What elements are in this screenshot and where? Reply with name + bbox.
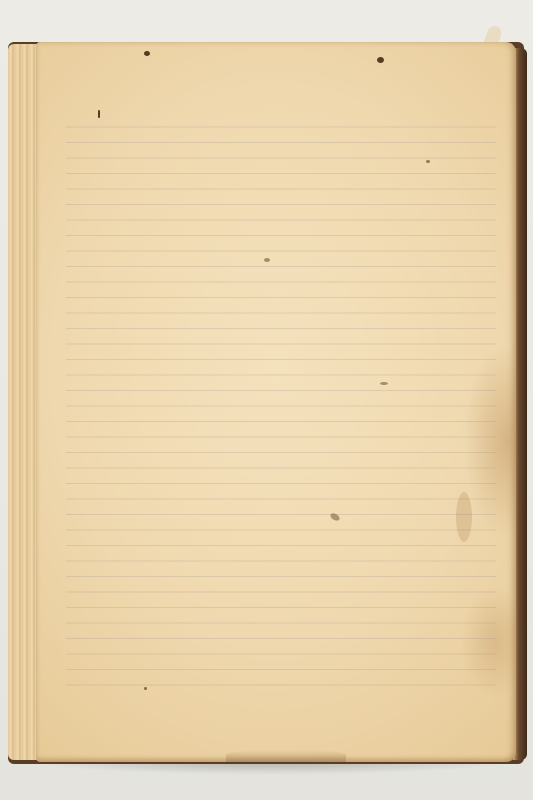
ink-spot	[426, 160, 430, 163]
ink-spot	[144, 687, 147, 690]
water-stain-bottom	[226, 750, 346, 762]
ink-spot	[264, 258, 270, 262]
notebook-page	[36, 42, 516, 762]
ink-spot	[380, 382, 388, 385]
ink-spot	[377, 57, 384, 63]
ink-spot	[98, 110, 100, 118]
ruled-lines	[66, 112, 496, 692]
water-stain	[456, 492, 472, 542]
ink-spot	[144, 51, 150, 56]
